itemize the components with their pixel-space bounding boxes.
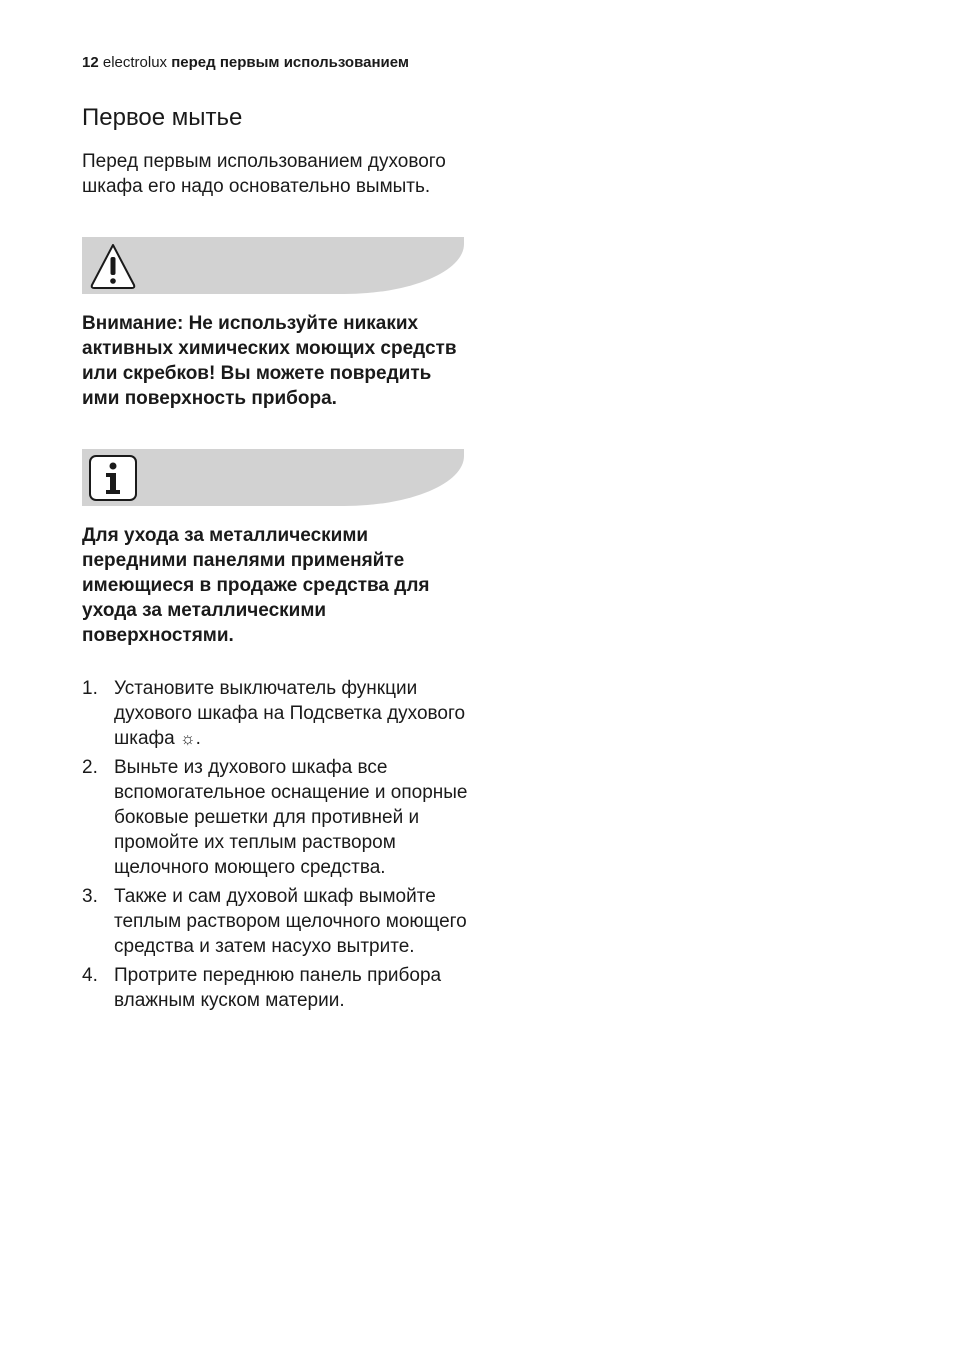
page-header: 12 electrolux перед первым использование… (82, 54, 409, 72)
info-icon (88, 453, 138, 503)
info-text: Для ухода за металлическими передними па… (82, 523, 467, 648)
cleaning-steps: 1. Установите выключатель функции духово… (82, 676, 472, 1017)
step-text: Протрите переднюю панель прибора влажным… (114, 965, 441, 1011)
page-number: 12 (82, 54, 99, 71)
step-text: Выньте из духового шкафа все вспомогател… (114, 757, 468, 878)
step-item: 1. Установите выключатель функции духово… (82, 676, 472, 751)
step-item: 2. Выньте из духового шкафа все вспомога… (82, 755, 472, 880)
page-title: Первое мытье (82, 103, 242, 133)
warning-banner (82, 237, 464, 294)
step-number: 1. (82, 676, 98, 701)
info-banner (82, 449, 464, 506)
brand-name: electrolux (103, 54, 167, 71)
step-number: 3. (82, 884, 98, 909)
step-text: Также и сам духовой шкаф вымойте теплым … (114, 886, 467, 957)
intro-paragraph: Перед первым использованием духового шка… (82, 149, 472, 199)
step-number: 2. (82, 755, 98, 780)
step-text: Установите выключатель функции духового … (114, 678, 465, 749)
warning-text: Внимание: Не используйте никаких активны… (82, 311, 467, 411)
section-name: перед первым использованием (171, 54, 409, 71)
warning-triangle-icon (88, 241, 138, 291)
oven-light-bulb-icon: ☼ (180, 729, 196, 748)
step-item: 4. Протрите переднюю панель прибора влаж… (82, 963, 472, 1013)
step-item: 3. Также и сам духовой шкаф вымойте тепл… (82, 884, 472, 959)
step-number: 4. (82, 963, 98, 988)
